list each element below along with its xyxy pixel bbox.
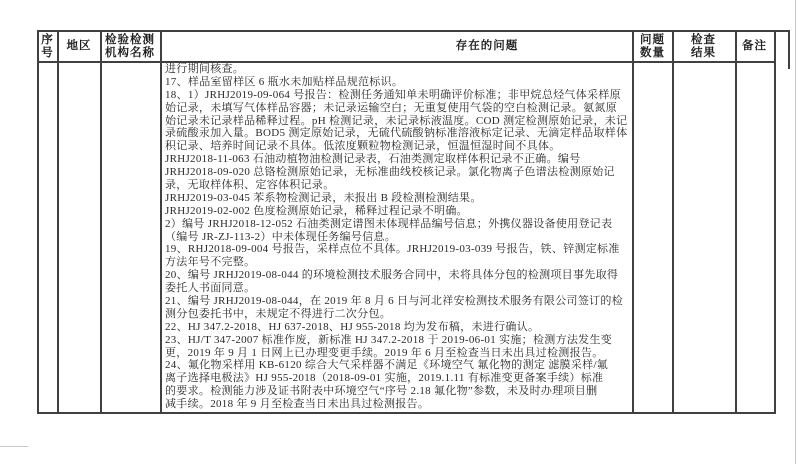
header-label: 检验检测 (100, 34, 160, 47)
problem-text-line: 24、氟化物采样用 KB-6120 综合大气采样器不满足《环境空气 氟化物的测定… (165, 359, 635, 372)
problem-text-line: 始记录未记录样品稀释过程。pH 检测记录，未记录标液温度。COD 测定检测原始记… (165, 115, 635, 128)
table-border-col-count (672, 30, 674, 414)
problem-text-line: 的要求。检测能力涉及证书附表中环境空气“序号 2.18 氟化物”参数，未及时办理… (165, 385, 635, 398)
header-label: 存在的问题 (426, 40, 548, 53)
header-label: 检查 (673, 34, 734, 47)
problem-text-line: JRHJ2019-03-045 苯系物检测记录，未报出 B 段检测检测结果。 (165, 192, 635, 205)
problem-text-line: 委托人书面同意。 (165, 282, 635, 295)
problem-text-line: JRHJ2019-02-002 色度检测原始记录，稀释过程记录不明确。 (165, 205, 635, 218)
header-label: 号 (37, 47, 58, 60)
problem-text-line: 积记录、培养时间记录不具体。低浓度颗粒物检测记录，恒温恒湿时间不具体。 (165, 140, 635, 153)
table-border-col-agency (160, 30, 162, 414)
table-border-left (37, 30, 39, 414)
problem-text-line: 录硫酸汞加入量。BOD5 测定原始记录，无硫代硫酸钠标准溶液标定记录、无滴定样品… (165, 127, 635, 140)
header-cell-agency: 检验检测 机构名称 (100, 34, 160, 60)
problem-text-line: 方法年号不完整。 (165, 256, 635, 269)
problem-text-line: 17、样品室留样区 6 瓶水未加贴样品规范标识。 (165, 76, 635, 89)
header-cell-seq: 序 号 (37, 34, 58, 60)
problem-text-line: 离子选择电极法》HJ 955-2018（2018-09-01 实施，2019.1… (165, 372, 635, 385)
problem-text-line: （编号 JR-ZJ-113-2）中未体现任务编号信息。 (165, 231, 635, 244)
problem-text-line: JRHJ2018-11-063 石油动植物油检测记录表，石油类测定取样体积记录不… (165, 153, 635, 166)
table-border-clipped-edge (788, 30, 790, 69)
problem-text-line: 进行期间核查。 (165, 63, 635, 76)
header-cell-problems: 存在的问题 (426, 40, 548, 53)
problem-text-line: 始记录，未填写气体样品容器；未记录运输空白；无重复使用气袋的空白检测记录。氨氮原 (165, 102, 635, 115)
problem-text-line: 19、RHJ2018-09-004 号报告，采样点位不具体。JRHJ2019-0… (165, 243, 635, 256)
table-border-col-result (735, 30, 737, 414)
header-cell-result: 检查 结果 (673, 34, 734, 60)
problem-text-line: 18、1）JRHJ2019-09-064 号报告：检测任务通知单未明确评价标准；… (165, 89, 635, 102)
problem-text-line: 23、HJ/T 347-2007 标准作废，新标准 HJ 347.2-2018 … (165, 334, 635, 347)
header-label: 结果 (673, 47, 734, 60)
header-label: 备注 (735, 40, 774, 53)
problem-text-line: 录，无取样体积、定容体积记录。 (165, 179, 635, 192)
table-border-right (774, 30, 776, 414)
table-border-col-region (100, 30, 102, 414)
scan-edge-artifact-right (795, 0, 796, 464)
table-border-top (37, 30, 790, 32)
problem-text-line: 20、编号 JRHJ2019-08-044 的环境检测技术服务合同中，未将具体分… (165, 269, 635, 282)
problem-text-line: 21、编号 JRHJ2019-08-044，在 2019 年 8 月 6 日与河… (165, 295, 635, 308)
header-label: 问题 (633, 34, 672, 47)
header-cell-remark: 备注 (735, 40, 774, 53)
problems-cell: 进行期间核查。17、样品室留样区 6 瓶水未加贴样品规范标识。18、1）JRHJ… (165, 63, 635, 413)
scan-edge-artifact-bottom-left (0, 446, 28, 447)
problem-text-line: 22、HJ 347.2-2018、HJ 637-2018、HJ 955-2018… (165, 321, 635, 334)
header-label: 数量 (633, 47, 672, 60)
problem-text-line: 更，2019 年 9 月 1 日网上已办理变更手续。2019 年 6 月至检查当… (165, 347, 635, 360)
header-label: 机构名称 (100, 47, 160, 60)
header-cell-count: 问题 数量 (633, 34, 672, 60)
problem-text-line: 2）编号 JRHJ2018-12-052 石油类测定谱图未体现样品编号信息；外携… (165, 218, 635, 231)
document-page: 序 号 地区 检验检测 机构名称 存在的问题 问题 数量 检查 结果 备注 进行… (0, 0, 800, 464)
header-cell-region: 地区 (58, 40, 100, 53)
problem-text-line: 测分包委托书中，未规定不得进行二次分包。 (165, 308, 635, 321)
problem-text-line: JRHJ2018-09-020 总铬检测原始记录，无标准曲线校核记录。氯化物离子… (165, 166, 635, 179)
problem-text-line: 减手续。2018 年 9 月至检查当日未出具过检测报告。 (165, 398, 635, 411)
header-label: 地区 (58, 40, 100, 53)
table-border-col-seq (57, 30, 59, 414)
header-label: 序 (37, 34, 58, 47)
